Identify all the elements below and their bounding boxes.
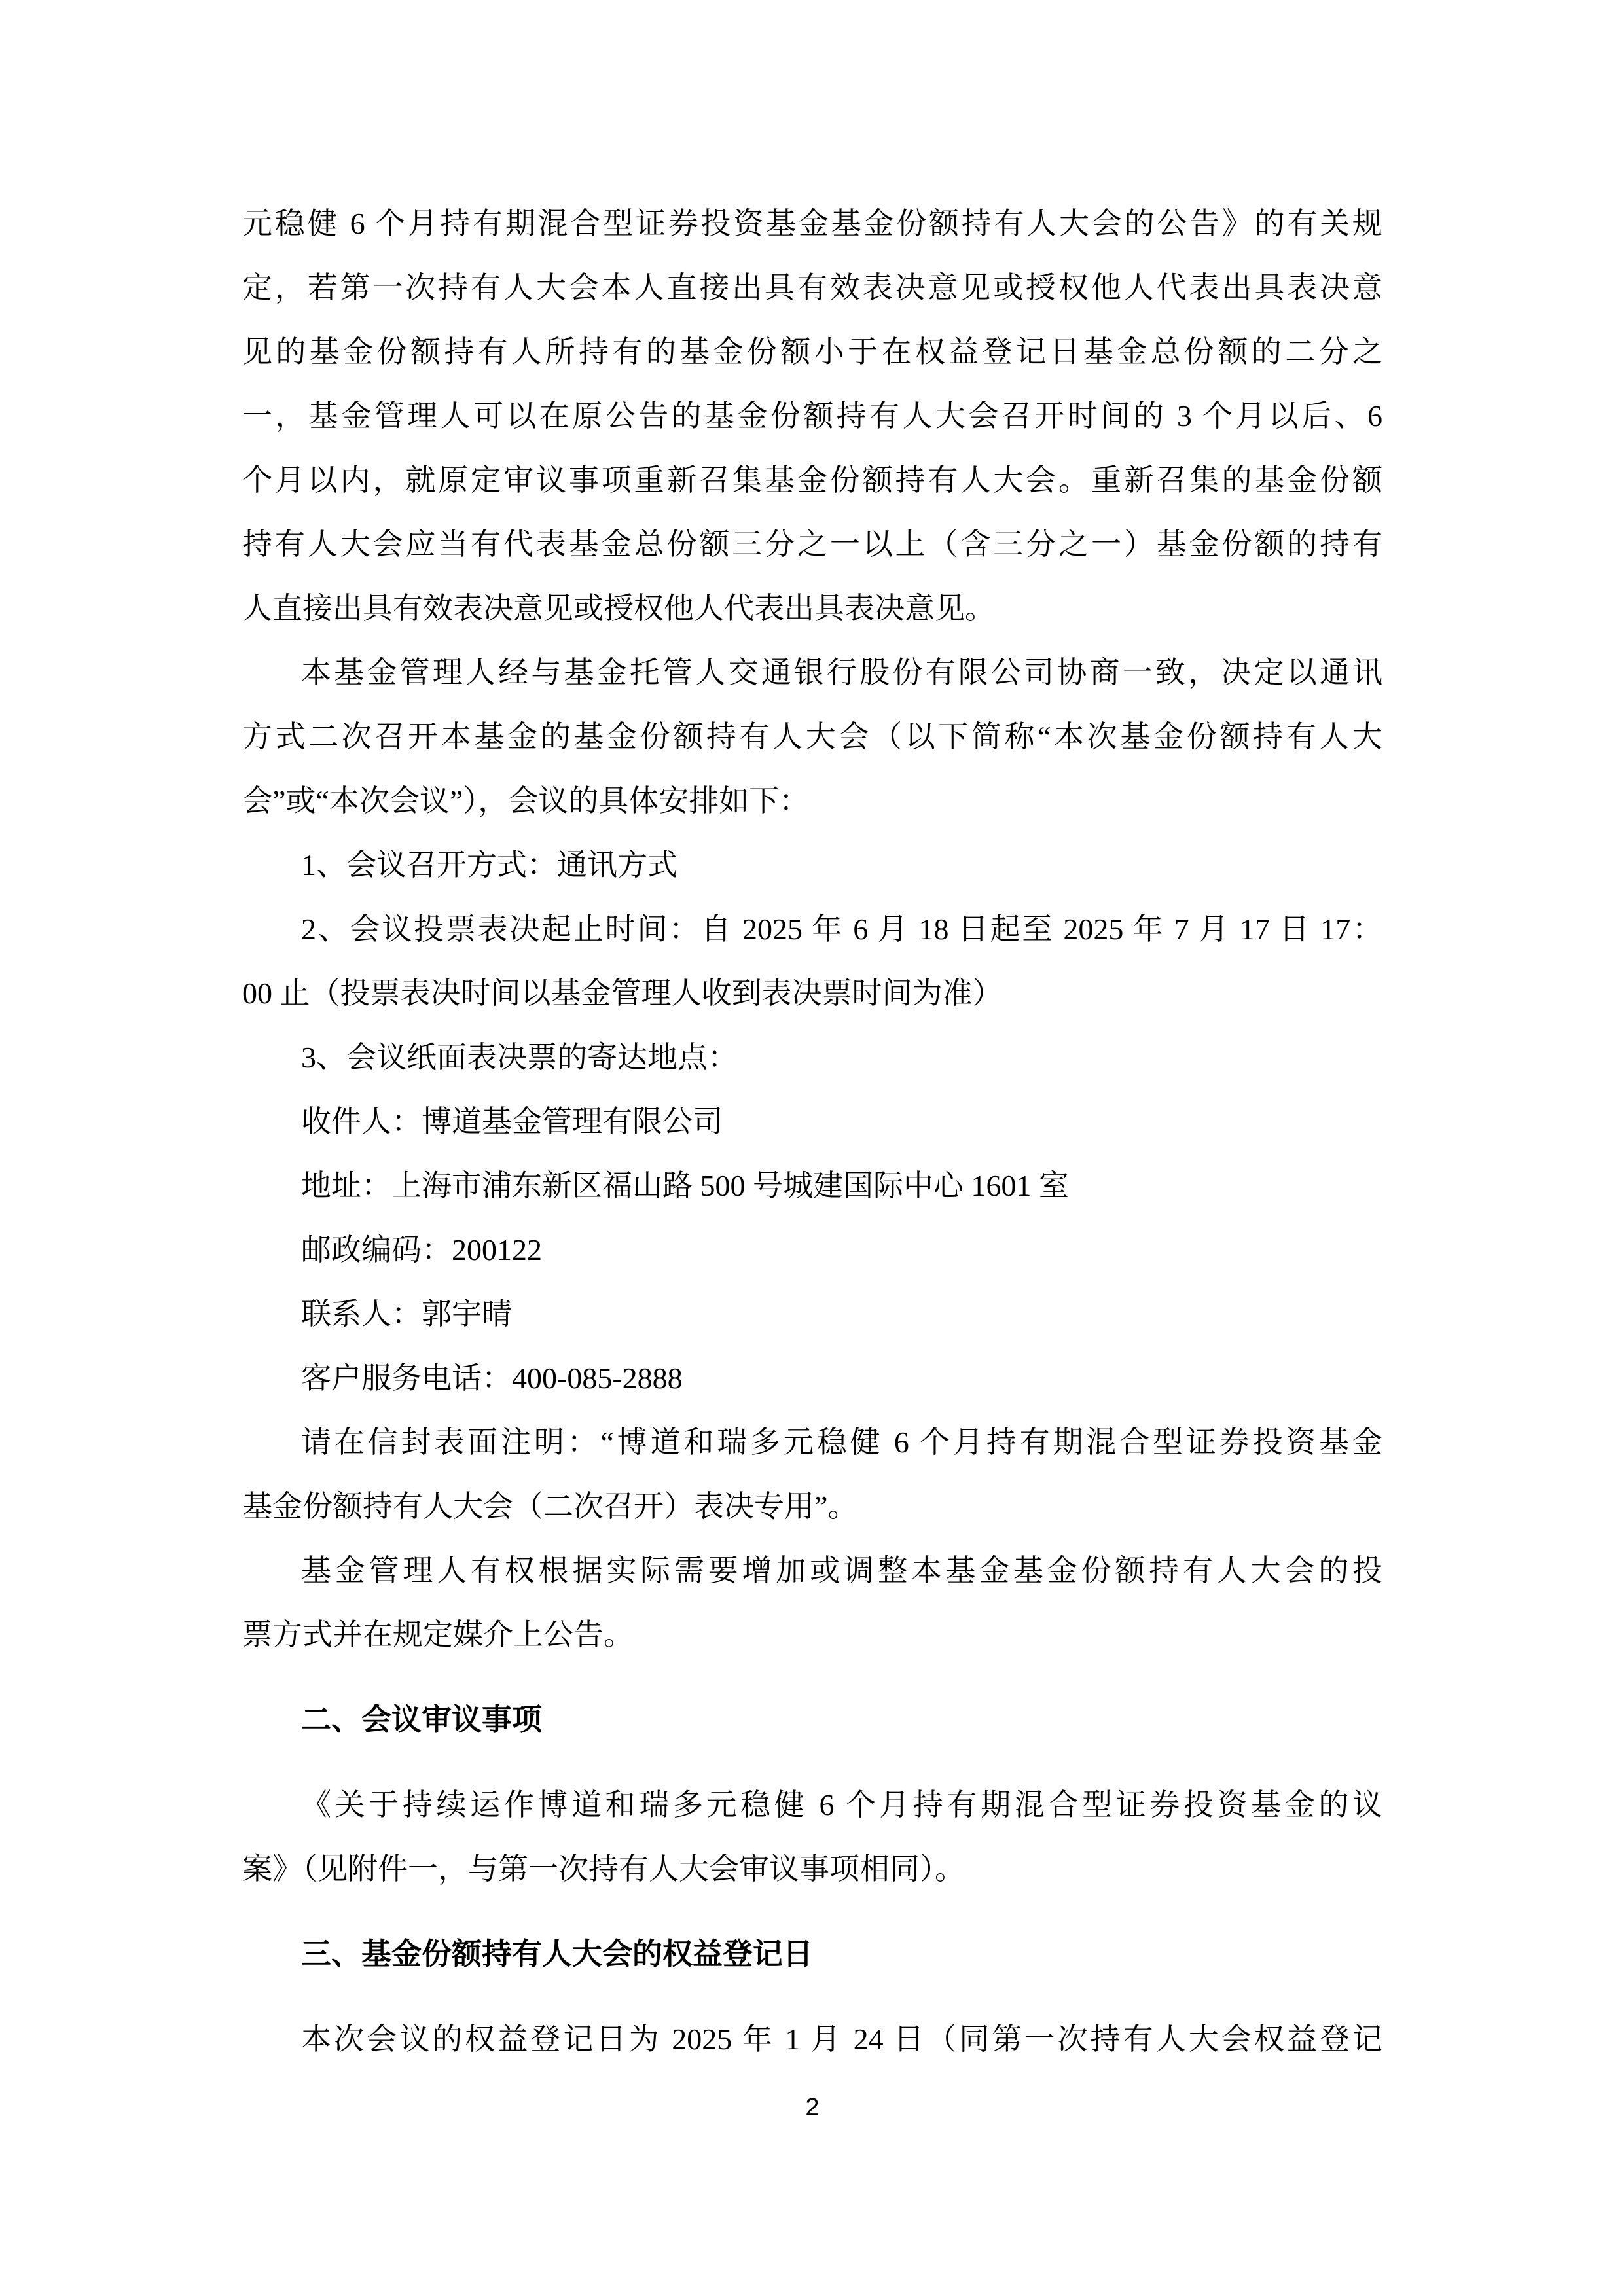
body-line: 见的基金份额持有人所持有的基金份额小于在权益登记日基金总份额的二分之 [242, 320, 1382, 384]
body-line: 元稳健 6 个月持有期混合型证券投资基金基金份额持有人大会的公告》的有关规 [242, 192, 1382, 256]
body-line: 《关于持续运作博道和瑞多元稳健 6 个月持有期混合型证券投资基金的议 [242, 1773, 1382, 1837]
body-line: 票方式并在规定媒介上公告。 [242, 1603, 1382, 1667]
body-line: 基金管理人有权根据实际需要增加或调整本基金基金份额持有人大会的投 [242, 1539, 1382, 1603]
list-item-line: 1、会议召开方式：通讯方式 [242, 833, 1382, 897]
body-line: 持有人大会应当有代表基金总份额三分之一以上（含三分之一）基金份额的持有 [242, 512, 1382, 577]
section-heading-3: 三、基金份额持有人大会的权益登记日 [242, 1922, 1382, 1986]
body-line: 定，若第一次持有人大会本人直接出具有效表决意见或授权他人代表出具表决意 [242, 256, 1382, 320]
body-line: 00 止（投票表决时间以基金管理人收到表决票时间为准） [242, 961, 1382, 1026]
body-line: 基金份额持有人大会（二次召开）表决专用”。 [242, 1475, 1382, 1539]
list-item-line: 2、会议投票表决起止时间：自 2025 年 6 月 18 日起至 2025 年 … [242, 897, 1382, 961]
body-line: 方式二次召开本基金的基金份额持有人大会（以下简称“本次基金份额持有人大 [242, 705, 1382, 769]
body-line: 案》（见附件一，与第一次持有人大会审议事项相同）。 [242, 1837, 1382, 1901]
document-page: 元稳健 6 个月持有期混合型证券投资基金基金份额持有人大会的公告》的有关规 定，… [0, 0, 1624, 2296]
section-heading-2: 二、会议审议事项 [242, 1688, 1382, 1752]
page-number: 2 [242, 2092, 1382, 2123]
body-line: 一，基金管理人可以在原公告的基金份额持有人大会召开时间的 3 个月以后、6 [242, 384, 1382, 448]
body-line: 本基金管理人经与基金托管人交通银行股份有限公司协商一致，决定以通讯 [242, 641, 1382, 705]
contact-phone-line: 客户服务电话：400-085-2888 [242, 1346, 1382, 1410]
contact-address-line: 地址：上海市浦东新区福山路 500 号城建国际中心 1601 室 [242, 1154, 1382, 1218]
body-line: 会”或“本次会议”），会议的具体安排如下： [242, 769, 1382, 833]
list-item-line: 3、会议纸面表决票的寄达地点： [242, 1026, 1382, 1090]
body-line: 本次会议的权益登记日为 2025 年 1 月 24 日（同第一次持有人大会权益登… [242, 2007, 1382, 2072]
body-line: 请在信封表面注明：“博道和瑞多元稳健 6 个月持有期混合型证券投资基金 [242, 1410, 1382, 1475]
contact-recipient-line: 收件人：博道基金管理有限公司 [242, 1090, 1382, 1154]
document-body: 元稳健 6 个月持有期混合型证券投资基金基金份额持有人大会的公告》的有关规 定，… [242, 192, 1382, 2072]
body-line: 人直接出具有效表决意见或授权他人代表出具表决意见。 [242, 577, 1382, 641]
body-line: 个月以内，就原定审议事项重新召集基金份额持有人大会。重新召集的基金份额 [242, 448, 1382, 512]
contact-person-line: 联系人：郭宇晴 [242, 1282, 1382, 1346]
contact-postcode-line: 邮政编码：200122 [242, 1218, 1382, 1282]
